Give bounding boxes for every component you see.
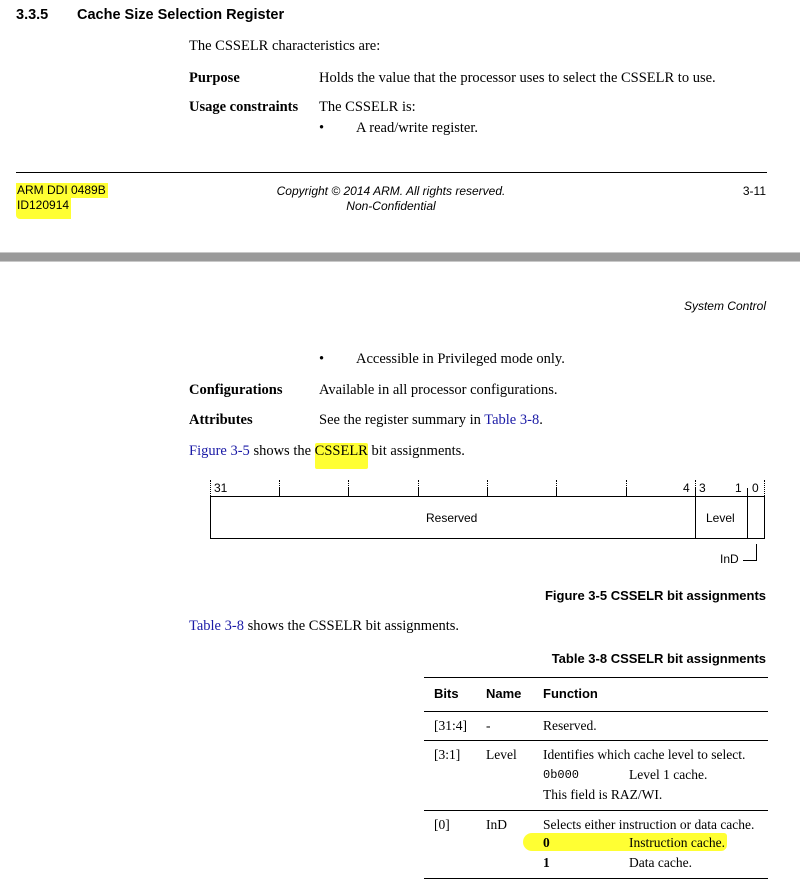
column-header-bits: Bits <box>434 686 459 701</box>
table-reference-text: Table 3-8 shows the CSSELR bit assignmen… <box>189 618 459 635</box>
bit-tick <box>764 480 765 496</box>
bit-tick <box>695 480 696 488</box>
attributes-text: See the register summary in Table 3-8. <box>319 412 543 429</box>
cell-function: Reserved. <box>543 718 597 734</box>
footer-doc-id: ARM DDI 0489B ID120914 <box>16 183 108 219</box>
highlighted-csselr: CSSELR <box>315 443 368 469</box>
cell-bits: [0] <box>434 817 450 833</box>
bit-tick <box>626 488 627 496</box>
bit-label-0: 0 <box>752 481 759 495</box>
table-caption: Table 3-8 CSSELR bit assignments <box>552 651 766 666</box>
table-rule <box>424 878 768 879</box>
table-rule <box>424 711 768 712</box>
field-divider <box>747 488 748 539</box>
bit-label-1: 1 <box>735 481 742 495</box>
field-level: Level <box>706 511 735 525</box>
figure-ref-mid: shows the <box>250 443 315 459</box>
field-reserved: Reserved <box>426 511 477 525</box>
section-title: Cache Size Selection Register <box>77 7 284 23</box>
cell-bits: [3:1] <box>434 747 460 763</box>
bit-label-31: 31 <box>214 481 227 495</box>
column-header-function: Function <box>543 686 598 701</box>
confidentiality-text: Non-Confidential <box>236 199 546 214</box>
attributes-label: Attributes <box>189 412 253 429</box>
bit-tick <box>487 480 488 488</box>
intro-text: The CSSELR characteristics are: <box>189 38 380 55</box>
section-number: 3.3.5 <box>16 7 48 23</box>
bit-tick <box>279 480 280 488</box>
cell-bits: [31:4] <box>434 718 467 734</box>
field-ind: InD <box>720 552 739 566</box>
figure-reference-text: Figure 3-5 shows the CSSELR bit assignme… <box>189 443 465 460</box>
cell-function: Identifies which cache level to select. <box>543 747 745 763</box>
page-separator <box>0 252 800 262</box>
table-rule <box>424 740 768 741</box>
footer-copyright: Copyright © 2014 ARM. All rights reserve… <box>236 184 546 214</box>
attributes-text-post: . <box>539 412 543 428</box>
copyright-text: Copyright © 2014 ARM. All rights reserve… <box>236 184 546 199</box>
value-meaning: Level 1 cache. <box>629 767 707 783</box>
value-meaning: Data cache. <box>629 855 692 871</box>
figure-ref-post: bit assignments. <box>368 443 465 459</box>
table-ref-post: shows the CSSELR bit assignments. <box>244 618 459 634</box>
figure-caption: Figure 3-5 CSSELR bit assignments <box>545 588 766 603</box>
usage-bullet-cont: Accessible in Privileged mode only. <box>356 351 565 368</box>
figure-3-5-link[interactable]: Figure 3-5 <box>189 443 250 459</box>
configurations-text: Available in all processor configuration… <box>319 382 558 399</box>
value-code: 0b000 <box>543 768 579 782</box>
usage-constraints-text: The CSSELR is: <box>319 99 416 116</box>
value-code: 1 <box>543 855 550 871</box>
bit-tick <box>210 480 211 496</box>
bit-tick <box>626 480 627 488</box>
attributes-text-pre: See the register summary in <box>319 412 484 428</box>
usage-bullet: A read/write register. <box>356 120 478 137</box>
bit-tick <box>348 488 349 496</box>
value-meaning: Instruction cache. <box>629 835 725 851</box>
bit-tick <box>418 488 419 496</box>
cell-function: Selects either instruction or data cache… <box>543 817 754 833</box>
field-divider <box>695 496 696 539</box>
doc-id: ARM DDI 0489B <box>16 183 108 198</box>
cell-note: This field is RAZ/WI. <box>543 787 662 803</box>
table-3-8-link[interactable]: Table 3-8 <box>189 618 244 634</box>
purpose-label: Purpose <box>189 70 240 87</box>
ind-leader <box>743 560 757 561</box>
bullet-icon: • <box>319 120 324 137</box>
table-rule <box>424 677 768 678</box>
bullet-icon: • <box>319 351 324 368</box>
ind-leader <box>756 544 757 560</box>
cell-name: InD <box>486 817 507 833</box>
register-box <box>210 496 765 539</box>
table-3-8-link[interactable]: Table 3-8 <box>484 412 539 428</box>
table-rule <box>424 810 768 811</box>
column-header-name: Name <box>486 686 521 701</box>
purpose-text: Holds the value that the processor uses … <box>319 70 716 87</box>
bit-tick <box>487 488 488 496</box>
bit-tick <box>695 488 696 496</box>
doc-revision: ID120914 <box>16 198 71 219</box>
footer-rule <box>16 172 767 173</box>
usage-constraints-label: Usage constraints <box>189 99 298 116</box>
value-code: 0 <box>543 835 550 851</box>
bit-tick <box>556 488 557 496</box>
bit-tick <box>418 480 419 488</box>
cell-name: Level <box>486 747 517 763</box>
running-header: System Control <box>684 299 766 313</box>
bit-tick <box>348 480 349 488</box>
configurations-label: Configurations <box>189 382 282 399</box>
bit-tick <box>279 488 280 496</box>
cell-name: - <box>486 718 491 734</box>
bit-label-4: 4 <box>683 481 690 495</box>
bit-label-3: 3 <box>699 481 706 495</box>
page-number: 3-11 <box>743 184 766 198</box>
bit-tick <box>556 480 557 488</box>
